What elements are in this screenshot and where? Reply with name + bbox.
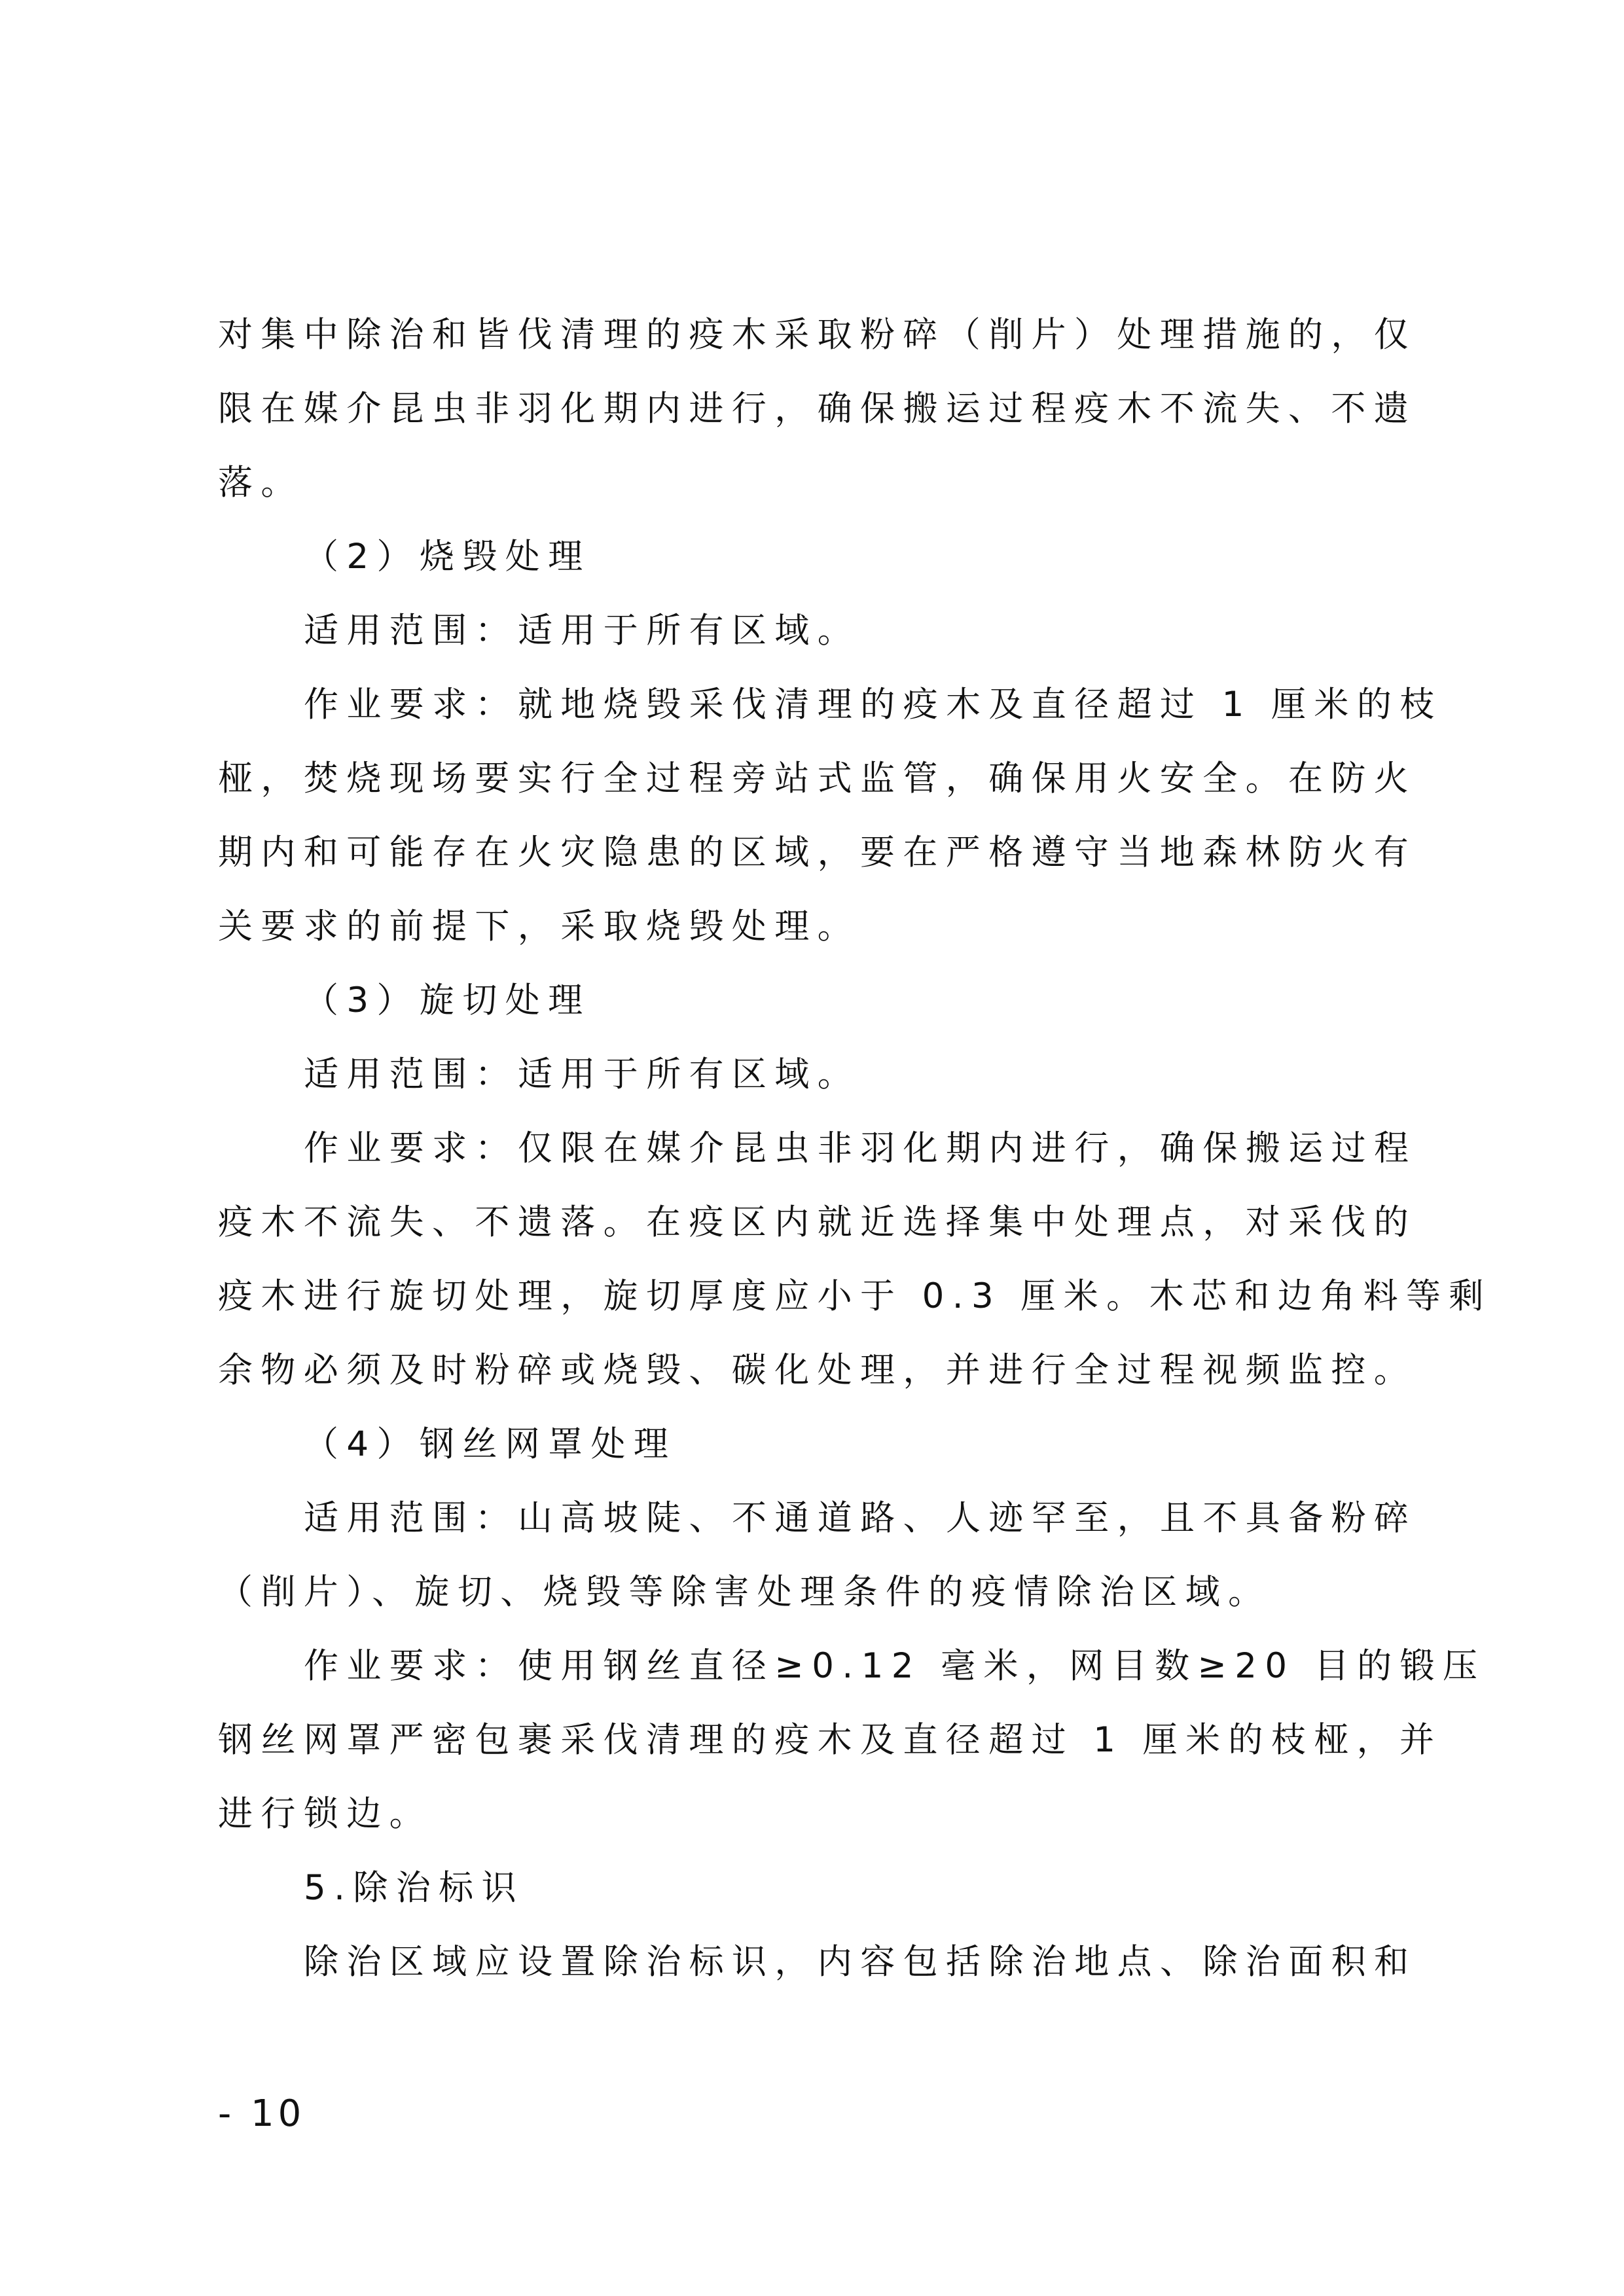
paragraph-line: 疫木不流失、不遗落。在疫区内就近选择集中处理点，对采伐的 — [218, 1185, 1422, 1259]
section-heading-treatment-signage: 5.除治标识 — [218, 1851, 1422, 1925]
paragraph-line: 疫木进行旋切处理，旋切厚度应小于 0.3 厘米。木芯和边角料等剩 — [218, 1259, 1422, 1333]
paragraph-line: 作业要求：就地烧毁采伐清理的疫木及直径超过 1 厘米的枝 — [218, 668, 1422, 742]
paragraph-line: 适用范围：山高坡陡、不通道路、人迹罕至，且不具备粉碎 — [218, 1481, 1422, 1555]
paragraph-line: 钢丝网罩严密包裹采伐清理的疫木及直径超过 1 厘米的枝桠，并 — [218, 1703, 1422, 1777]
paragraph-line: 进行锁边。 — [218, 1777, 1422, 1851]
paragraph-line: 对集中除治和皆伐清理的疫木采取粉碎（削片）处理措施的，仅 — [218, 298, 1422, 372]
paragraph-line: 期内和可能存在火灾隐患的区域，要在严格遵守当地森林防火有 — [218, 816, 1422, 889]
section-heading-burning: （2）烧毁处理 — [218, 520, 1422, 594]
paragraph-line: 桠，焚烧现场要实行全过程旁站式监管，确保用火安全。在防火 — [218, 742, 1422, 816]
paragraph-line: 除治区域应设置除治标识，内容包括除治地点、除治面积和 — [218, 1925, 1422, 1999]
paragraph-line: （削片）、旋切、烧毁等除害处理条件的疫情除治区域。 — [218, 1555, 1422, 1629]
page-number: - 10 — [218, 2088, 305, 2140]
section-heading-rotary-cutting: （3）旋切处理 — [218, 963, 1422, 1037]
paragraph-line: 适用范围：适用于所有区域。 — [218, 594, 1422, 668]
paragraph-line: 余物必须及时粉碎或烧毁、碳化处理，并进行全过程视频监控。 — [218, 1333, 1422, 1407]
section-heading-wire-mesh: （4）钢丝网罩处理 — [218, 1407, 1422, 1481]
paragraph-line: 作业要求：使用钢丝直径≥0.12 毫米，网目数≥20 目的锻压 — [218, 1629, 1422, 1703]
paragraph-line: 适用范围：适用于所有区域。 — [218, 1037, 1422, 1111]
document-page: 对集中除治和皆伐清理的疫木采取粉碎（削片）处理措施的，仅 限在媒介昆虫非羽化期内… — [0, 0, 1624, 2296]
body-text: 对集中除治和皆伐清理的疫木采取粉碎（削片）处理措施的，仅 限在媒介昆虫非羽化期内… — [218, 298, 1422, 1999]
paragraph-line: 落。 — [218, 446, 1422, 520]
paragraph-line: 限在媒介昆虫非羽化期内进行，确保搬运过程疫木不流失、不遗 — [218, 372, 1422, 446]
paragraph-line: 作业要求：仅限在媒介昆虫非羽化期内进行，确保搬运过程 — [218, 1111, 1422, 1185]
paragraph-line: 关要求的前提下，采取烧毁处理。 — [218, 889, 1422, 963]
